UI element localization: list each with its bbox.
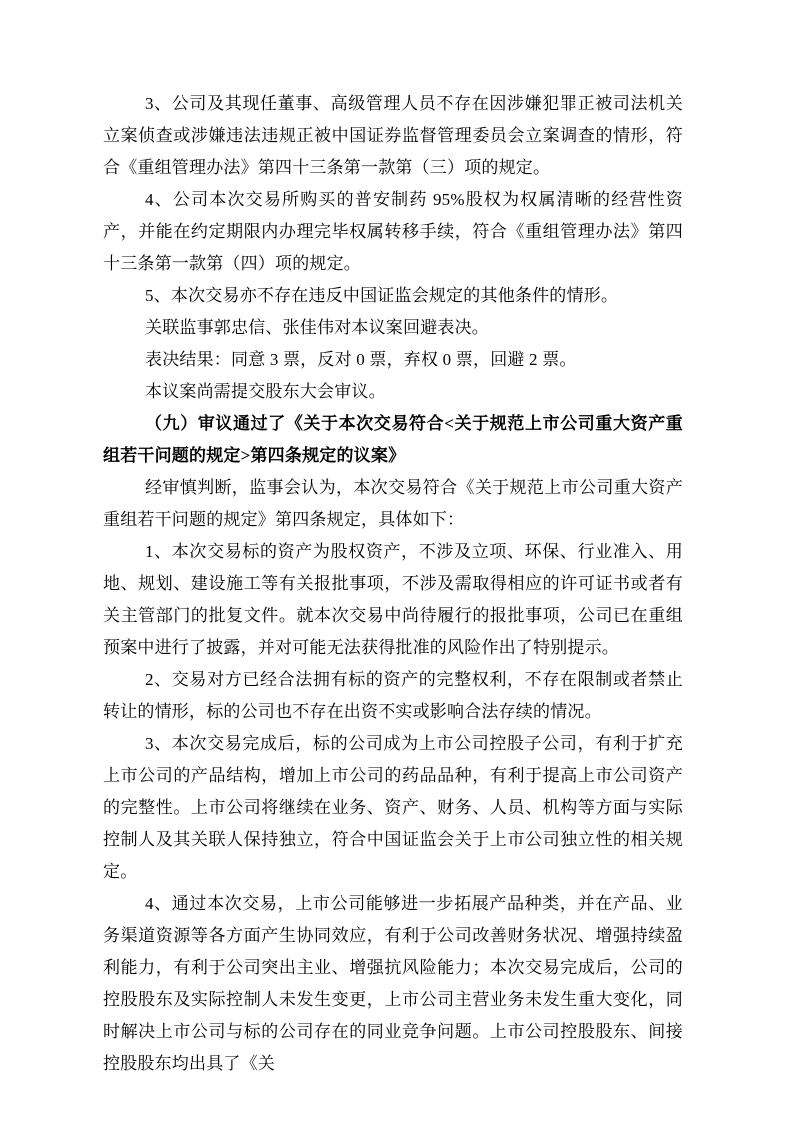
item-1-paragraph: 1、本次交易标的资产为股权资产，不涉及立项、环保、行业准入、用地、规划、建设施工… [103,536,683,664]
paragraph-item-4: 4、公司本次交易所购买的普安制药 95%股权为权属清晰的经营性资产，并能在约定期… [103,184,683,280]
document-page: 3、公司及其现任董事、高级管理人员不存在因涉嫌犯罪正被司法机关立案侦查或涉嫌违法… [0,0,793,1122]
item-2-paragraph: 2、交易对方已经合法拥有标的资产的完整权利，不存在限制或者禁止转让的情形，标的公… [103,664,683,728]
recusal-statement: 关联监事郭忠信、张佳伟对本议案回避表决。 [103,312,683,344]
paragraph-item-3: 3、公司及其现任董事、高级管理人员不存在因涉嫌犯罪正被司法机关立案侦查或涉嫌违法… [103,88,683,184]
item-4-paragraph: 4、通过本次交易，上市公司能够进一步拓展产品种类，并在产品、业务渠道资源等各方面… [103,888,683,1080]
document-body: 3、公司及其现任董事、高级管理人员不存在因涉嫌犯罪正被司法机关立案侦查或涉嫌违法… [103,88,683,1080]
shareholder-meeting-note: 本议案尚需提交股东大会审议。 [103,376,683,408]
judgment-intro: 经审慎判断，监事会认为，本次交易符合《关于规范上市公司重大资产重组若干问题的规定… [103,472,683,536]
paragraph-item-5: 5、本次交易亦不存在违反中国证监会规定的其他条件的情形。 [103,280,683,312]
section-heading-nine: （九）审议通过了《关于本次交易符合<关于规范上市公司重大资产重组若干问题的规定>… [103,408,683,472]
item-3-paragraph: 3、本次交易完成后，标的公司成为上市公司控股子公司，有利于扩充上市公司的产品结构… [103,728,683,888]
vote-result: 表决结果：同意 3 票，反对 0 票，弃权 0 票，回避 2 票。 [103,344,683,376]
